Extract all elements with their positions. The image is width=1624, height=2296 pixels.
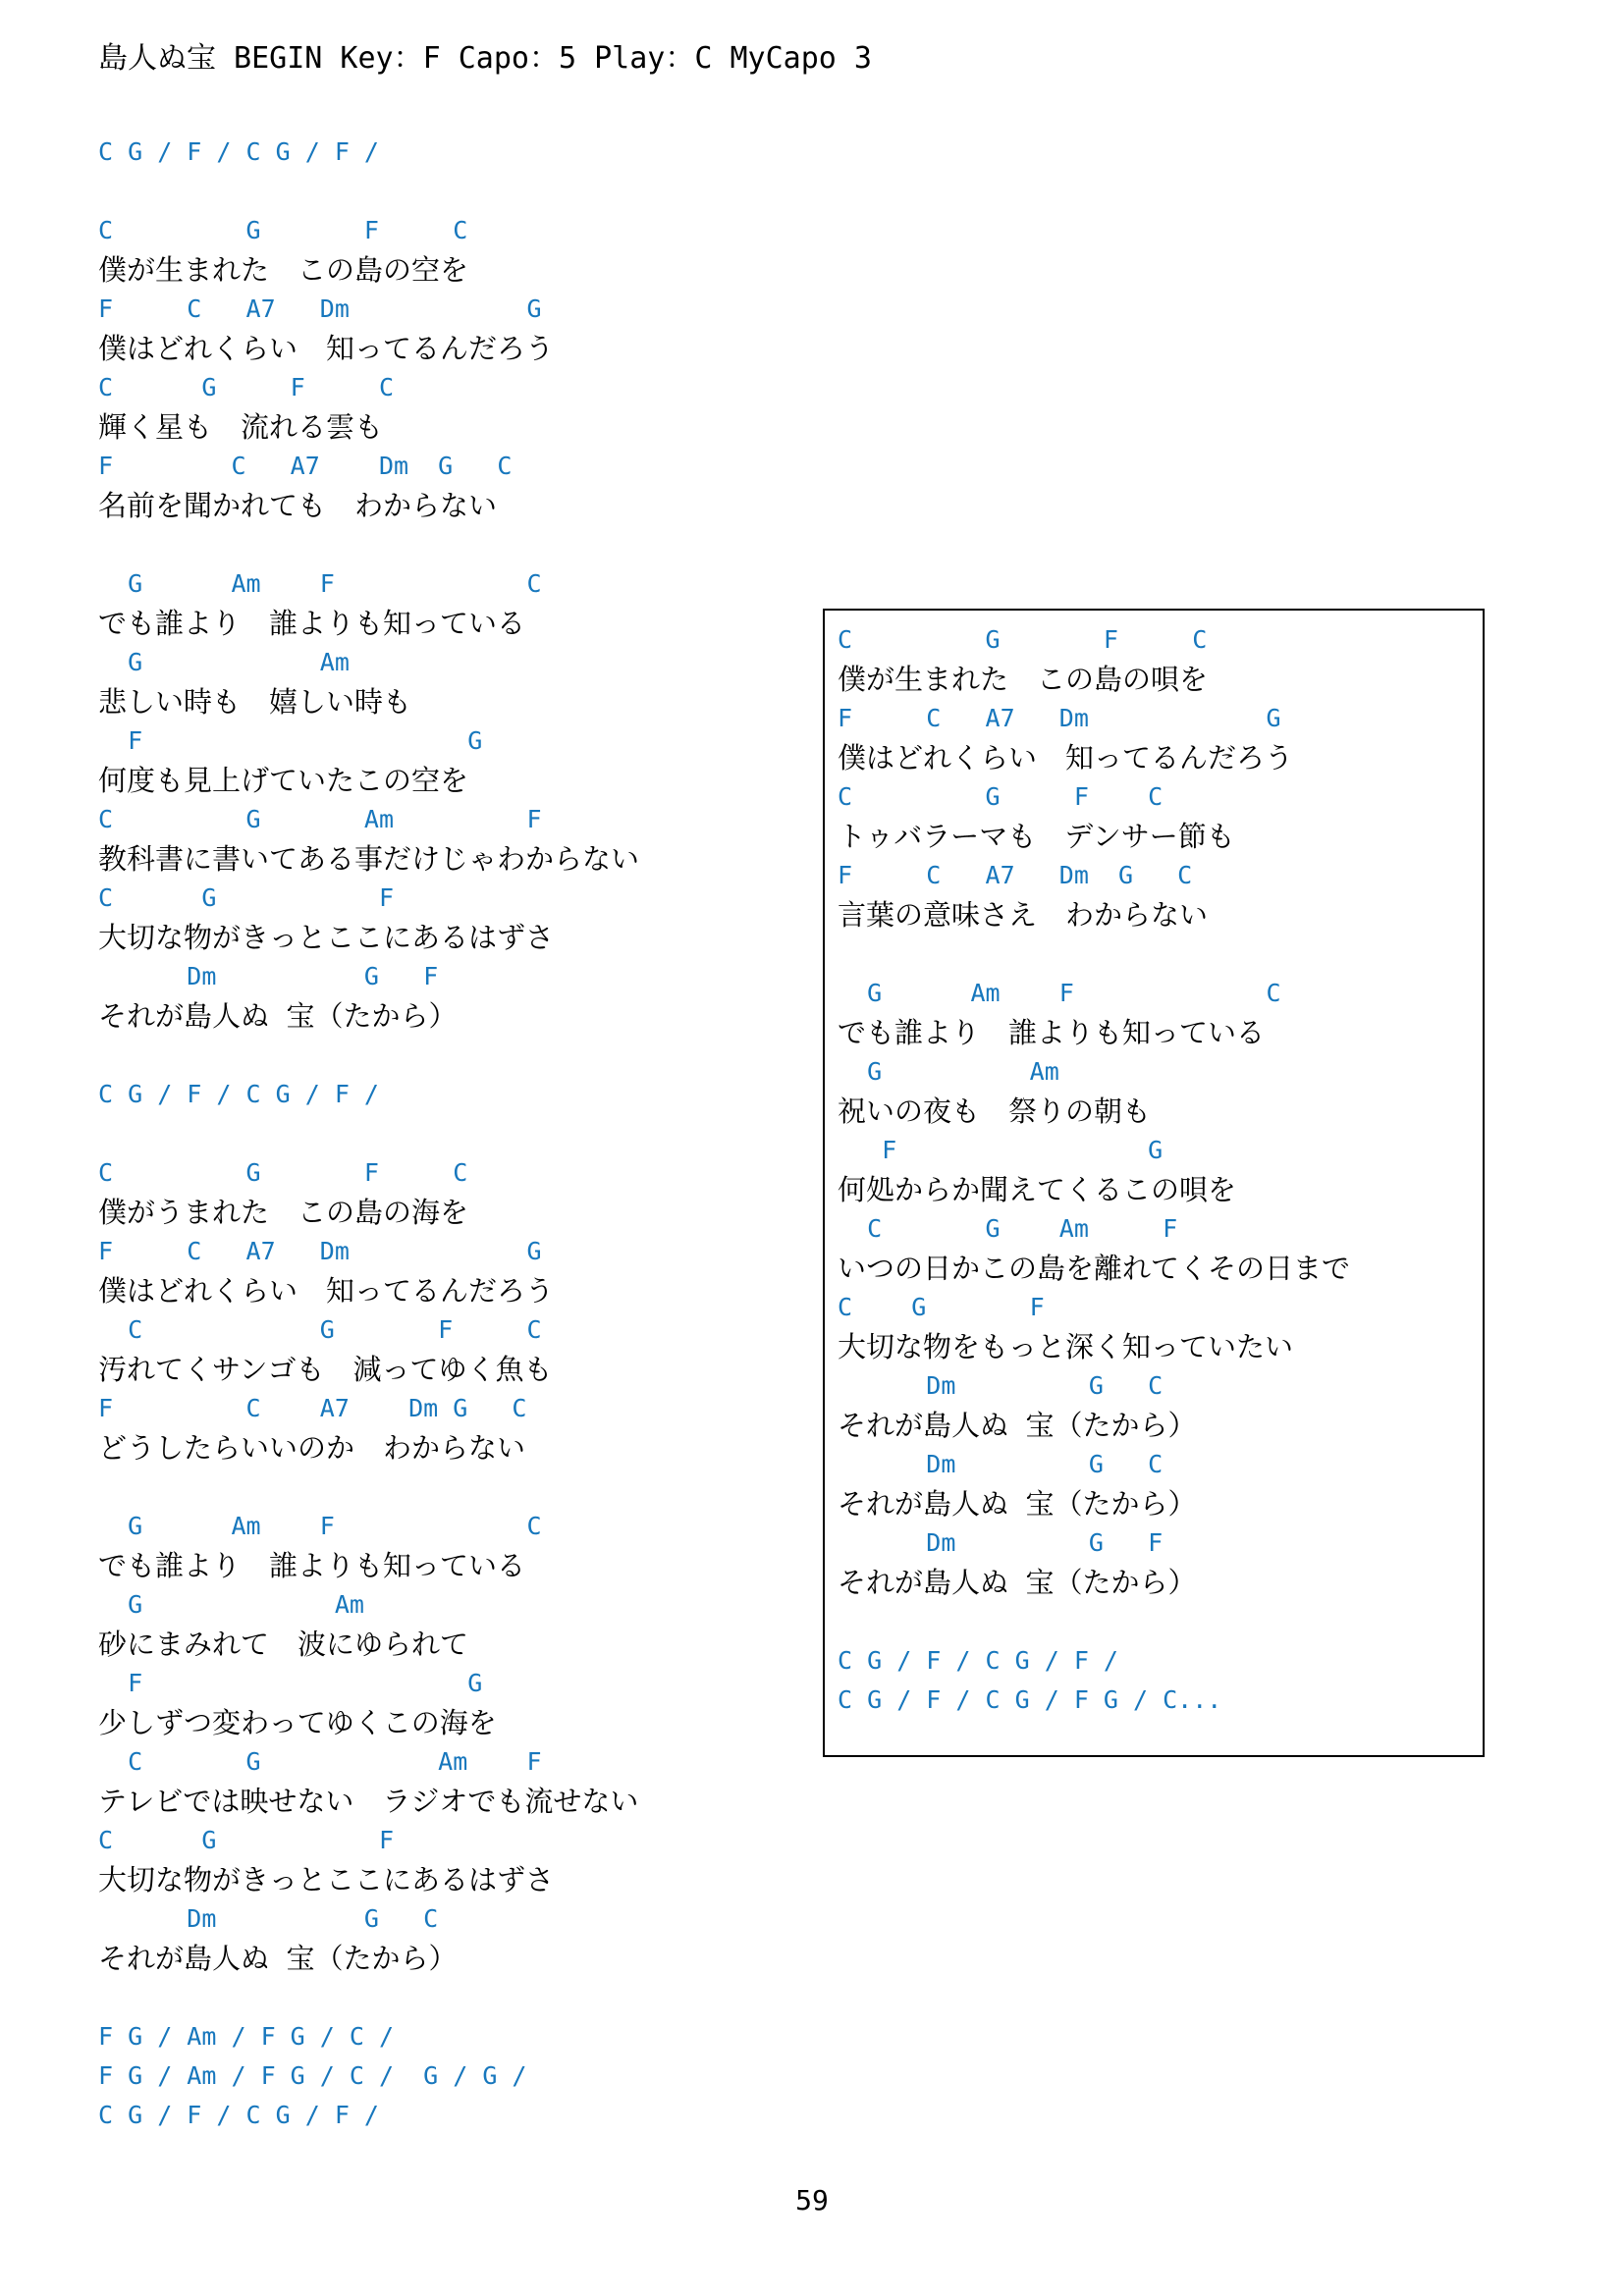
lyric-line: 大切な物がきっとここにあるはずさ: [98, 918, 639, 957]
lyric-line: 教科書に書いてある事だけじゃわからない: [98, 839, 639, 879]
lyric-line: 僕が生まれた この島の唄を: [838, 660, 1483, 699]
chord-line: G Am: [838, 1052, 1483, 1092]
lyric-line: でも誰より 誰よりも知っている: [98, 604, 639, 643]
chord-line: C G / F / C G / F /: [98, 2096, 639, 2135]
lyric-line: それが島人ぬ 宝（たから）: [98, 996, 639, 1036]
chord-line: C G F C: [838, 777, 1483, 817]
chord-line: C G F: [838, 1288, 1483, 1327]
chord-line: C G Am F: [98, 1742, 639, 1782]
lyric-line: 僕が生まれた この島の空を: [98, 250, 639, 290]
chord-line: C G / F / C G / F /: [838, 1641, 1483, 1681]
song-block-verse2: C G F C僕がうまれた この島の海をF C A7 Dm G僕はどれくらい 知…: [98, 1153, 639, 1468]
song-block-outro-left: F G / Am / F G / C /F G / Am / F G / C /…: [98, 2017, 639, 2135]
lyric-line: 何処からか聞えてくるこの唄を: [838, 1170, 1483, 1209]
chord-line: F C A7 Dm G C: [98, 1389, 639, 1428]
lyric-line: 僕はどれくらい 知ってるんだろう: [98, 329, 639, 368]
lyric-line: でも誰より 誰よりも知っている: [98, 1546, 639, 1585]
chord-line: F G / Am / F G / C /: [98, 2017, 639, 2056]
chord-line: C G Am F: [98, 800, 639, 839]
chord-line: F C A7 Dm G C: [838, 856, 1483, 895]
lyric-line: 何度も見上げていたこの空を: [98, 761, 639, 800]
chord-line: F C A7 Dm G: [98, 290, 639, 329]
lyric-line: 汚れてくサンゴも 減ってゆく魚も: [98, 1350, 639, 1389]
chord-line: F G: [98, 721, 639, 761]
chord-line: F C A7 Dm G: [838, 699, 1483, 738]
chord-line: G Am: [98, 643, 639, 682]
chord-line: C G F: [98, 1821, 639, 1860]
chord-line: Dm G F: [98, 957, 639, 996]
lyric-line: 名前を聞かれても わからない: [98, 486, 639, 525]
lyric-line: 少しずつ変わってゆくこの海を: [98, 1703, 639, 1742]
chord-line: C G F C: [98, 368, 639, 407]
chord-line: C G F C: [98, 211, 639, 250]
lyric-line: テレビでは映せない ラジオでも流せない: [98, 1782, 639, 1821]
lyric-line: 僕がうまれた この島の海を: [98, 1193, 639, 1232]
chord-line: F C A7 Dm G C: [98, 447, 639, 486]
chord-line: C G / F / C G / F /: [98, 1075, 639, 1114]
chord-line: F G: [98, 1664, 639, 1703]
lyric-line: 大切な物がきっとここにあるはずさ: [98, 1860, 639, 1899]
chord-line: Dm G F: [838, 1523, 1483, 1563]
chord-line: F G / Am / F G / C / G / G /: [98, 2056, 639, 2096]
chord-line: C G / F / C G / F /: [98, 133, 639, 172]
song-block-outro-box: C G / F / C G / F /C G / F / C G / F G /…: [838, 1641, 1483, 1720]
lyric-line: 輝く星も 流れる雲も: [98, 407, 639, 447]
lyric-line: 祝いの夜も 祭りの朝も: [838, 1092, 1483, 1131]
chord-line: G Am: [98, 1585, 639, 1625]
chord-line: Dm G C: [838, 1366, 1483, 1406]
chord-line: G Am F C: [98, 1507, 639, 1546]
lyric-line: 僕はどれくらい 知ってるんだろう: [838, 738, 1483, 777]
page-number: 59: [0, 2181, 1624, 2220]
lyric-line: それが島人ぬ 宝（たから）: [838, 1563, 1483, 1602]
song-block-chorus1: G Am F Cでも誰より 誰よりも知っている G Am悲しい時も 嬉しい時も …: [98, 564, 639, 1036]
song-block-verse3: C G F C僕が生まれた この島の唄をF C A7 Dm G僕はどれくらい 知…: [838, 620, 1483, 934]
chord-line: C G Am F: [838, 1209, 1483, 1249]
second-half-box: C G F C僕が生まれた この島の唄をF C A7 Dm G僕はどれくらい 知…: [823, 609, 1485, 1757]
chord-line: G Am F C: [838, 974, 1483, 1013]
lyric-line: トゥバラーマも デンサー節も: [838, 817, 1483, 856]
lyric-line: それが島人ぬ 宝（たから）: [98, 1939, 639, 1978]
chord-line: F C A7 Dm G: [98, 1232, 639, 1271]
left-column: C G / F / C G / F /C G F C僕が生まれた この島の空をF…: [98, 133, 639, 2135]
song-block-verse1: C G F C僕が生まれた この島の空をF C A7 Dm G僕はどれくらい 知…: [98, 211, 639, 525]
chord-line: C G / F / C G / F G / C...: [838, 1681, 1483, 1720]
lyric-line: 砂にまみれて 波にゆられて: [98, 1625, 639, 1664]
lyric-line: どうしたらいいのか わからない: [98, 1428, 639, 1468]
lyric-line: いつの日かこの島を離れてくその日まで: [838, 1249, 1483, 1288]
song-block-interlude: C G / F / C G / F /: [98, 1075, 639, 1114]
lyric-line: 大切な物をもっと深く知っていたい: [838, 1327, 1483, 1366]
lyric-line: それが島人ぬ 宝（たから）: [838, 1406, 1483, 1445]
chord-line: F G: [838, 1131, 1483, 1170]
chord-line: C G F C: [98, 1153, 639, 1193]
lyric-line: 僕はどれくらい 知ってるんだろう: [98, 1271, 639, 1310]
chord-line: Dm G C: [838, 1445, 1483, 1484]
lyric-line: でも誰より 誰よりも知っている: [838, 1013, 1483, 1052]
lyric-line: 悲しい時も 嬉しい時も: [98, 682, 639, 721]
chord-line: Dm G C: [98, 1899, 639, 1939]
song-block-chorus3: G Am F Cでも誰より 誰よりも知っている G Am祝いの夜も 祭りの朝も …: [838, 974, 1483, 1602]
chord-line: C G F C: [838, 620, 1483, 660]
chord-line: G Am F C: [98, 564, 639, 604]
lyric-line: それが島人ぬ 宝（たから）: [838, 1484, 1483, 1523]
song-block-intro: C G / F / C G / F /: [98, 133, 639, 172]
lyric-line: 言葉の意味さえ わからない: [838, 895, 1483, 934]
song-block-chorus2: G Am F Cでも誰より 誰よりも知っている G Am砂にまみれて 波にゆられ…: [98, 1507, 639, 1978]
chord-line: C G F: [98, 879, 639, 918]
chord-line: C G F C: [98, 1310, 639, 1350]
song-title: 島人ぬ宝 BEGIN Key：F Capo：5 Play：C MyCapo 3: [98, 39, 872, 79]
